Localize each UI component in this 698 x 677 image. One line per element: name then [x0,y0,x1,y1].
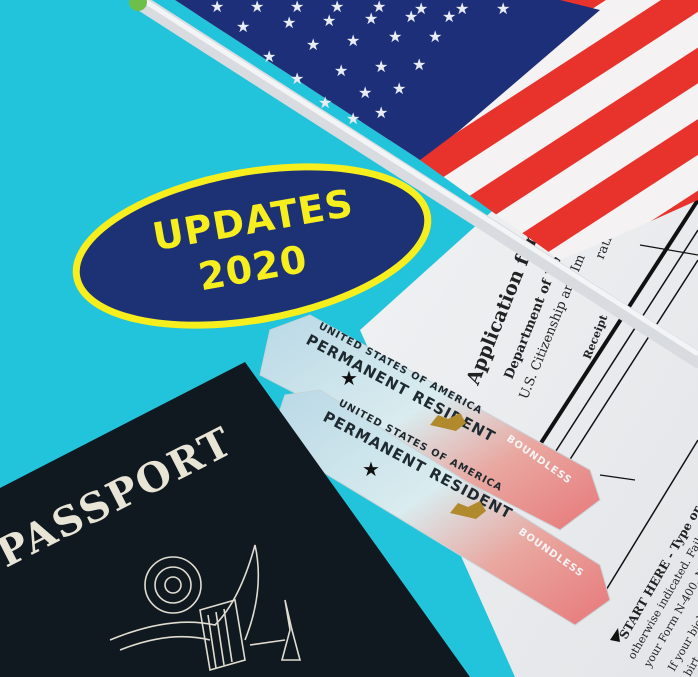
svg-text:★: ★ [428,29,442,46]
svg-text:★: ★ [442,9,456,26]
svg-text:★: ★ [250,0,264,16]
svg-text:★: ★ [290,71,304,88]
svg-text:★: ★ [290,0,304,16]
svg-text:★: ★ [374,59,388,76]
svg-text:★: ★ [322,13,336,30]
svg-text:★: ★ [346,33,360,50]
svg-text:★: ★ [340,368,358,390]
svg-text:★: ★ [388,29,402,46]
svg-text:★: ★ [236,19,250,36]
svg-text:★: ★ [262,49,276,66]
svg-text:★: ★ [404,9,418,26]
image-scene: Application for Na Department of Hom U.S… [0,0,698,677]
svg-text:★: ★ [306,37,320,54]
svg-text:★: ★ [374,105,388,122]
svg-text:★: ★ [362,459,380,481]
svg-text:★: ★ [412,57,426,74]
svg-text:★: ★ [358,85,372,102]
svg-text:★: ★ [364,11,378,28]
svg-text:★: ★ [455,1,469,18]
svg-text:★: ★ [346,111,360,128]
svg-text:★: ★ [210,0,224,16]
svg-text:★: ★ [282,15,296,32]
photo-illustration: Application for Na Department of Hom U.S… [0,0,698,677]
svg-text:★: ★ [392,81,406,98]
svg-text:★: ★ [334,63,348,80]
svg-text:★: ★ [496,1,510,18]
